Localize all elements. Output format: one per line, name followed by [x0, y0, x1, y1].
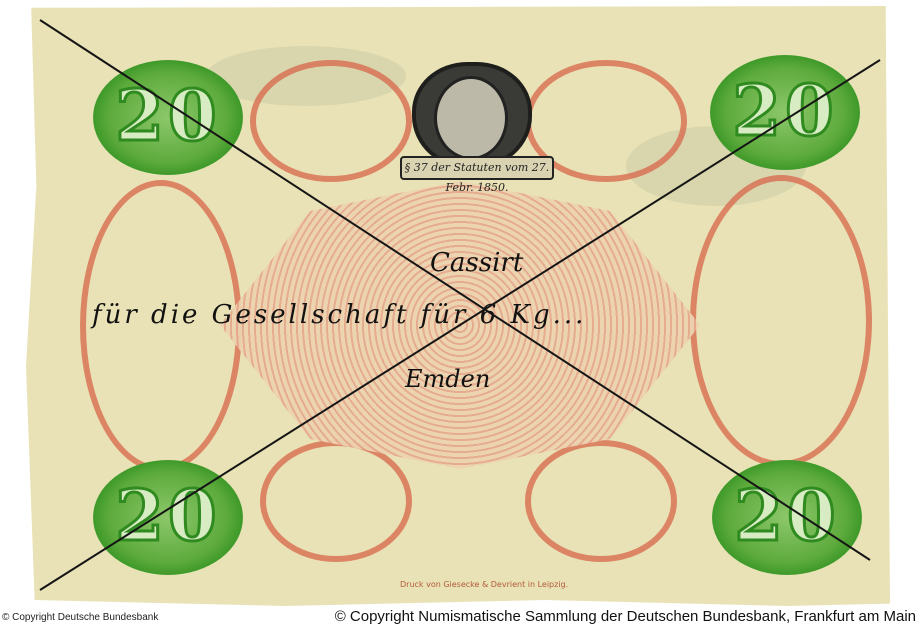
ornament-scroll — [260, 440, 412, 562]
handwriting-line-2: für die Gesellschaft für 6 Kg... — [92, 300, 586, 330]
ornament-scroll — [250, 60, 412, 182]
denomination-rosette-bottom-left: 20 — [93, 460, 243, 575]
printer-imprint: Druck von Giesecke & Devrient in Leipzig… — [400, 580, 568, 589]
copyright-right: © Copyright Numismatische Sammlung der D… — [335, 608, 916, 625]
denomination-rosette-top-right: 20 — [710, 55, 860, 170]
coat-of-arms-crest — [412, 62, 532, 170]
denomination-rosette-top-left: 20 — [93, 60, 243, 175]
crest-emblem-icon — [434, 76, 508, 160]
denomination-rosette-bottom-right: 20 — [712, 460, 862, 575]
ornament-scroll — [525, 440, 677, 562]
statute-banner: § 37 der Statuten vom 27. Febr. 1850. — [400, 156, 554, 180]
copyright-left: © Copyright Deutsche Bundesbank — [2, 612, 158, 623]
ornament-scroll — [690, 175, 872, 467]
handwriting-line-3: Emden — [405, 365, 490, 393]
handwriting-line-1: Cassirt — [430, 248, 523, 278]
